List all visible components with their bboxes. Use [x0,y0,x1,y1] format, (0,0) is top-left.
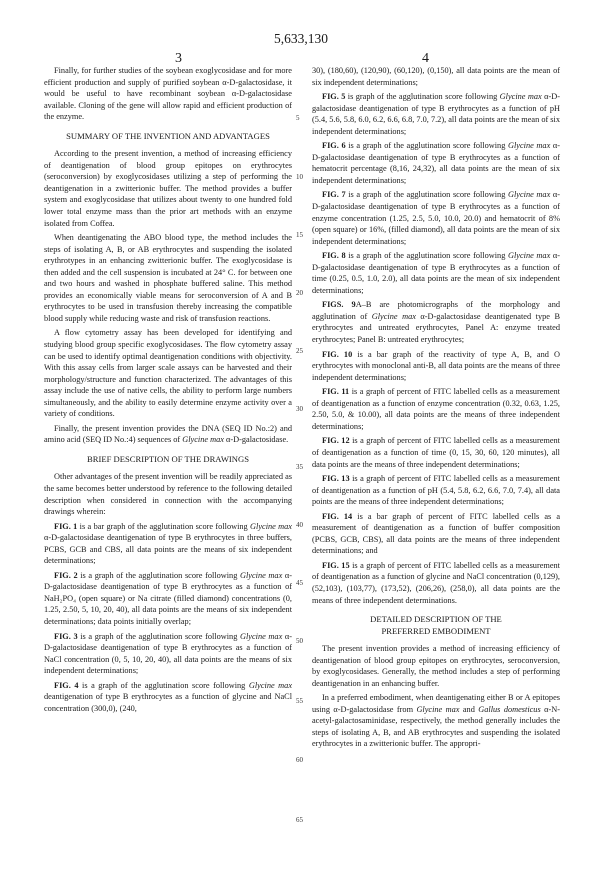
line-number: 65 [296,816,303,824]
paragraph: Finally, the present invention provides … [44,423,292,446]
figure-description: FIG. 7 is a graph of the agglutination s… [312,189,560,247]
paragraph: 30), (180,60), (120,90), (60,120), (0,15… [312,65,560,88]
section-heading-detailed: DETAILED DESCRIPTION OF THE PREFERRED EM… [312,614,560,637]
figure-description: FIG. 13 is a graph of percent of FITC la… [312,473,560,508]
paragraph: In a preferred embodiment, when deantige… [312,692,560,750]
paragraph: Finally, for further studies of the soyb… [44,65,292,123]
figure-description: FIG. 2 is a graph of the agglutination s… [44,570,292,628]
line-number: 55 [296,697,303,705]
figure-description: FIG. 5 is graph of the agglutination sco… [312,91,560,137]
left-column: Finally, for further studies of the soyb… [44,65,292,717]
figure-description: FIG. 1 is a bar graph of the agglutinati… [44,521,292,567]
figure-description: FIG. 11 is a graph of percent of FITC la… [312,386,560,432]
line-number: 45 [296,579,303,587]
line-number: 10 [296,173,303,181]
section-heading-brief: BRIEF DESCRIPTION OF THE DRAWINGS [44,454,292,466]
patent-number: 5,633,130 [0,31,602,47]
figure-description: FIG. 12 is a graph of percent of FITC la… [312,435,560,470]
line-number: 60 [296,756,303,764]
figure-description: FIG. 4 is a graph of the agglutination s… [44,680,292,715]
line-number: 30 [296,405,303,413]
line-number: 5 [296,114,300,122]
paragraph: Other advantages of the present inventio… [44,471,292,517]
figure-description: FIG. 14 is a bar graph of percent of FIT… [312,511,560,557]
paragraph: A flow cytometry assay has been develope… [44,327,292,419]
paragraph: According to the present invention, a me… [44,148,292,229]
section-heading-summary: SUMMARY OF THE INVENTION AND ADVANTAGES [44,131,292,143]
paragraph: When deantigenating the ABO blood type, … [44,232,292,324]
line-number: 20 [296,289,303,297]
figure-description: FIG. 10 is a bar graph of the reactivity… [312,349,560,384]
paragraph: The present invention provides a method … [312,643,560,689]
figure-description: FIG. 8 is a graph of the agglutination s… [312,250,560,296]
line-number: 50 [296,637,303,645]
figure-description: FIG. 6 is a graph of the agglutination s… [312,140,560,186]
figure-description: FIGS. 9A–B are photomicrographs of the m… [312,299,560,345]
figure-description: FIG. 3 is a graph of the agglutination s… [44,631,292,677]
line-number: 15 [296,231,303,239]
right-column: 30), (180,60), (120,90), (60,120), (0,15… [312,65,560,753]
line-number: 35 [296,463,303,471]
line-number: 40 [296,521,303,529]
figure-description: FIG. 15 is a graph of percent of FITC la… [312,560,560,606]
line-number: 25 [296,347,303,355]
